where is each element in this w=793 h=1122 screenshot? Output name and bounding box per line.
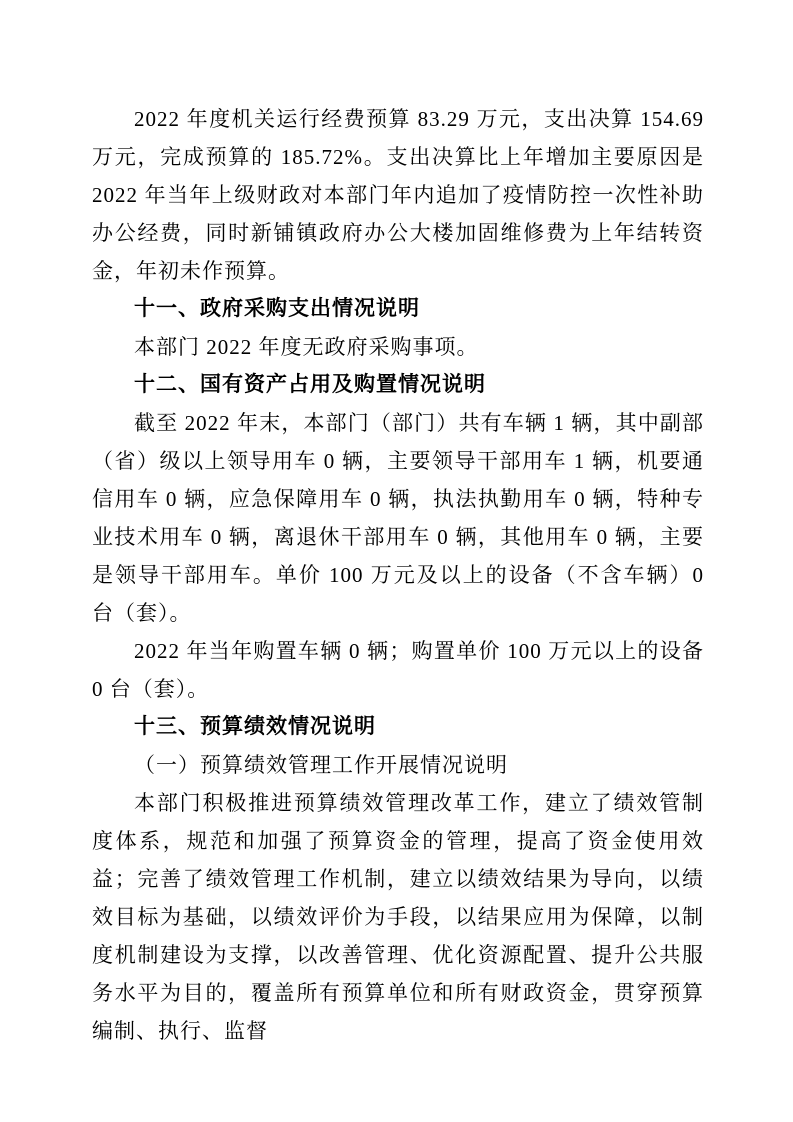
page-content: 2022 年度机关运行经费预算 83.29 万元，支出决算 154.69 万元，…: [92, 100, 704, 1050]
para-no-procurement: 本部门 2022 年度无政府采购事项。: [92, 328, 704, 366]
document-page: 2022 年度机关运行经费预算 83.29 万元，支出决算 154.69 万元，…: [0, 0, 793, 1122]
subheading-13-1-performance-management: （一）预算绩效管理工作开展情况说明: [92, 746, 704, 784]
para-annual-purchases: 2022 年当年购置车辆 0 辆；购置单价 100 万元以上的设备 0 台（套）…: [92, 632, 704, 708]
heading-section-12-state-assets: 十二、国有资产占用及购置情况说明: [92, 366, 704, 404]
heading-section-13-budget-performance: 十三、预算绩效情况说明: [92, 708, 704, 746]
para-operating-expenses: 2022 年度机关运行经费预算 83.29 万元，支出决算 154.69 万元，…: [92, 100, 704, 290]
para-performance-management-details: 本部门积极推进预算绩效管理改革工作，建立了绩效管制度体系，规范和加强了预算资金的…: [92, 784, 704, 1050]
heading-section-11-government-procurement: 十一、政府采购支出情况说明: [92, 290, 704, 328]
para-vehicle-assets: 截至 2022 年末，本部门（部门）共有车辆 1 辆，其中副部（省）级以上领导用…: [92, 404, 704, 632]
